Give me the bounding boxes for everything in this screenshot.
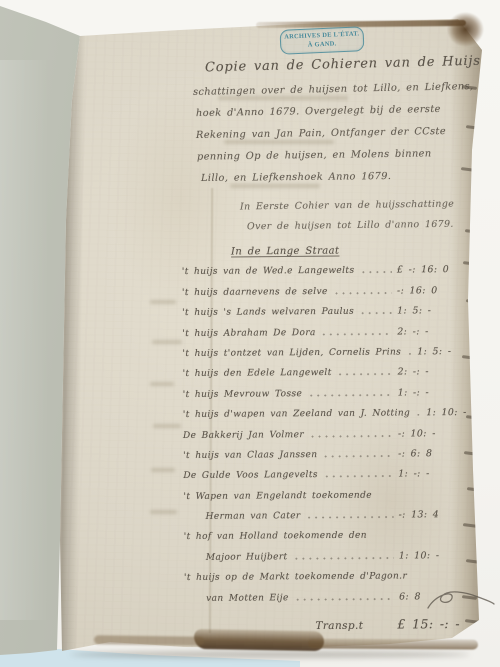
entry-text: 't huijs Mevrouw Tosse xyxy=(183,389,303,400)
ledger-row-continuation: Herman van Cater-: 13: 4 xyxy=(184,503,463,525)
entry-text: 't huijs van Claas Janssen xyxy=(183,450,317,461)
ledger-row: 't huijs van Claas Janssen-: 6: 8 xyxy=(183,442,462,464)
bleedthrough-mark xyxy=(153,424,181,428)
ledger-row: 't Wapen van Engelandt toekomende xyxy=(183,482,462,504)
entry-text: van Motten Eije xyxy=(206,593,289,604)
entry-amount: 1: 10: - xyxy=(399,550,463,561)
entry-text: 't huijs daarnevens de selve xyxy=(182,287,328,298)
ledger-row: 't huijs d'wapen van Zeeland van J. Nott… xyxy=(183,401,462,423)
entry-text: 't huijs Abraham De Dora xyxy=(182,328,316,339)
entry-amount: -: 13: 4 xyxy=(399,509,463,520)
ledger-row: De Gulde Voos Langevelts1: -: - xyxy=(183,462,462,484)
transport-label: Transp.t xyxy=(315,620,363,632)
entry-text: 't Wapen van Engelandt toekomende xyxy=(183,490,372,501)
dotted-leader xyxy=(337,366,393,376)
entry-amount: 1: 5: - xyxy=(417,346,481,357)
entry-text: 't huijs van de Wed.e Langewelts xyxy=(182,266,355,277)
entry-amount: -: 16: 0 xyxy=(397,285,461,296)
ledger-row-continuation: van Motten Eije6: 8 xyxy=(184,584,463,606)
entry-text: De Gulde Voos Langevelts xyxy=(183,470,318,481)
ledger-row: 't huijs Abraham De Dora2: -: - xyxy=(182,319,461,341)
ledger-row-continuation: Majoor Huijbert1: 10: - xyxy=(184,543,463,565)
transport-amount: £ 15: -: - xyxy=(397,616,460,631)
entry-text: Herman van Cater xyxy=(206,511,301,522)
ledger-row: 't hof van Holland toekomende den xyxy=(184,523,463,545)
ledger: 't huijs van de Wed.e Langewelts£ -: 16:… xyxy=(182,258,463,607)
ledger-row: 't huijs Mevrouw Tosse1: -: - xyxy=(183,380,462,402)
dotted-leader xyxy=(359,305,392,315)
dotted-leader xyxy=(306,509,394,520)
entry-amount: 1: 10: - xyxy=(426,407,490,418)
entry-amount: 1: 5: - xyxy=(397,305,461,316)
entry-text: 't huijs 's Lands welvaren Paulus xyxy=(182,307,354,318)
bleedthrough-mark xyxy=(230,184,320,188)
manuscript-photo: ARCHIVES DE L'ÉTAT. À GAND. Copie van de… xyxy=(0,0,500,667)
dotted-leader xyxy=(321,325,393,335)
archive-stamp-line2: À GAND. xyxy=(308,40,337,50)
transport-line: Transp.t £ 15: -: - xyxy=(183,607,462,633)
dotted-leader xyxy=(293,549,394,560)
ledger-row: De Bakkerij Jan Volmer-: 10: - xyxy=(183,421,462,443)
entry-text: 't huijs d'wapen van Zeeland van J. Nott… xyxy=(183,409,410,421)
entry-text: Majoor Huijbert xyxy=(206,552,288,563)
ledger-row: 't huijs op de Markt toekomende d'Pagon.… xyxy=(184,564,463,586)
dotted-leader xyxy=(406,345,412,355)
ledger-row: 't huijs t'ontzet van Lijden, Cornelis P… xyxy=(182,340,461,362)
dotted-leader xyxy=(309,427,393,438)
page-edge-tick xyxy=(466,299,481,303)
bleedthrough-mark xyxy=(150,300,176,304)
bleedthrough-mark xyxy=(224,140,334,144)
pen-flourish xyxy=(424,588,496,614)
entry-text: De Bakkerij Jan Volmer xyxy=(183,430,304,441)
entry-amount: -: 10: - xyxy=(398,428,462,439)
entry-text: 't huijs op de Markt toekomende d'Pagon.… xyxy=(184,572,407,584)
ledger-row: 't huijs van de Wed.e Langewelts£ -: 16:… xyxy=(182,258,461,280)
bleedthrough-mark xyxy=(150,510,177,514)
dotted-leader xyxy=(415,406,421,416)
bleedthrough-mark xyxy=(150,382,174,386)
ledger-row: 't huijs 's Lands welvaren Paulus1: 5: - xyxy=(182,299,461,321)
entry-amount: £ -: 16: 0 xyxy=(397,264,461,275)
entry-text: 't huijs den Edele Langewelt xyxy=(183,368,332,379)
title-line-6: Lillo, en Liefkenshoek Anno 1679. xyxy=(201,171,392,184)
ledger-row: 't huijs den Edele Langewelt2: -: - xyxy=(183,360,462,382)
entry-amount: 1: -: - xyxy=(398,387,462,398)
entry-text: 't huijs t'ontzet van Lijden, Cornelis P… xyxy=(182,347,401,359)
entry-amount: -: 6: 8 xyxy=(398,448,462,459)
entry-amount: 2: -: - xyxy=(397,326,461,337)
section-heading: In de Lange Straat xyxy=(231,246,339,258)
entry-text: 't hof van Holland toekomende den xyxy=(184,531,367,542)
entry-amount: 2: -: - xyxy=(398,366,462,377)
dotted-leader xyxy=(307,386,393,397)
bleedthrough-mark xyxy=(152,340,182,344)
worn-top-right-corner xyxy=(447,12,484,47)
ledger-row: 't huijs daarnevens de selve-: 16: 0 xyxy=(182,278,461,300)
dotted-leader xyxy=(294,590,395,601)
worn-bottom-edge xyxy=(308,638,478,649)
entry-amount: 1: -: - xyxy=(398,468,462,479)
bleedthrough-mark xyxy=(151,468,175,472)
archive-stamp: ARCHIVES DE L'ÉTAT. À GAND. xyxy=(279,26,364,55)
dotted-leader xyxy=(322,447,393,457)
dotted-leader xyxy=(359,264,391,274)
cover-sheen xyxy=(0,60,70,620)
dotted-leader xyxy=(323,468,394,478)
page-drop-shadow xyxy=(70,651,470,658)
transport-row: Transp.t £ 15: -: - xyxy=(183,605,462,637)
dotted-leader xyxy=(333,284,392,294)
